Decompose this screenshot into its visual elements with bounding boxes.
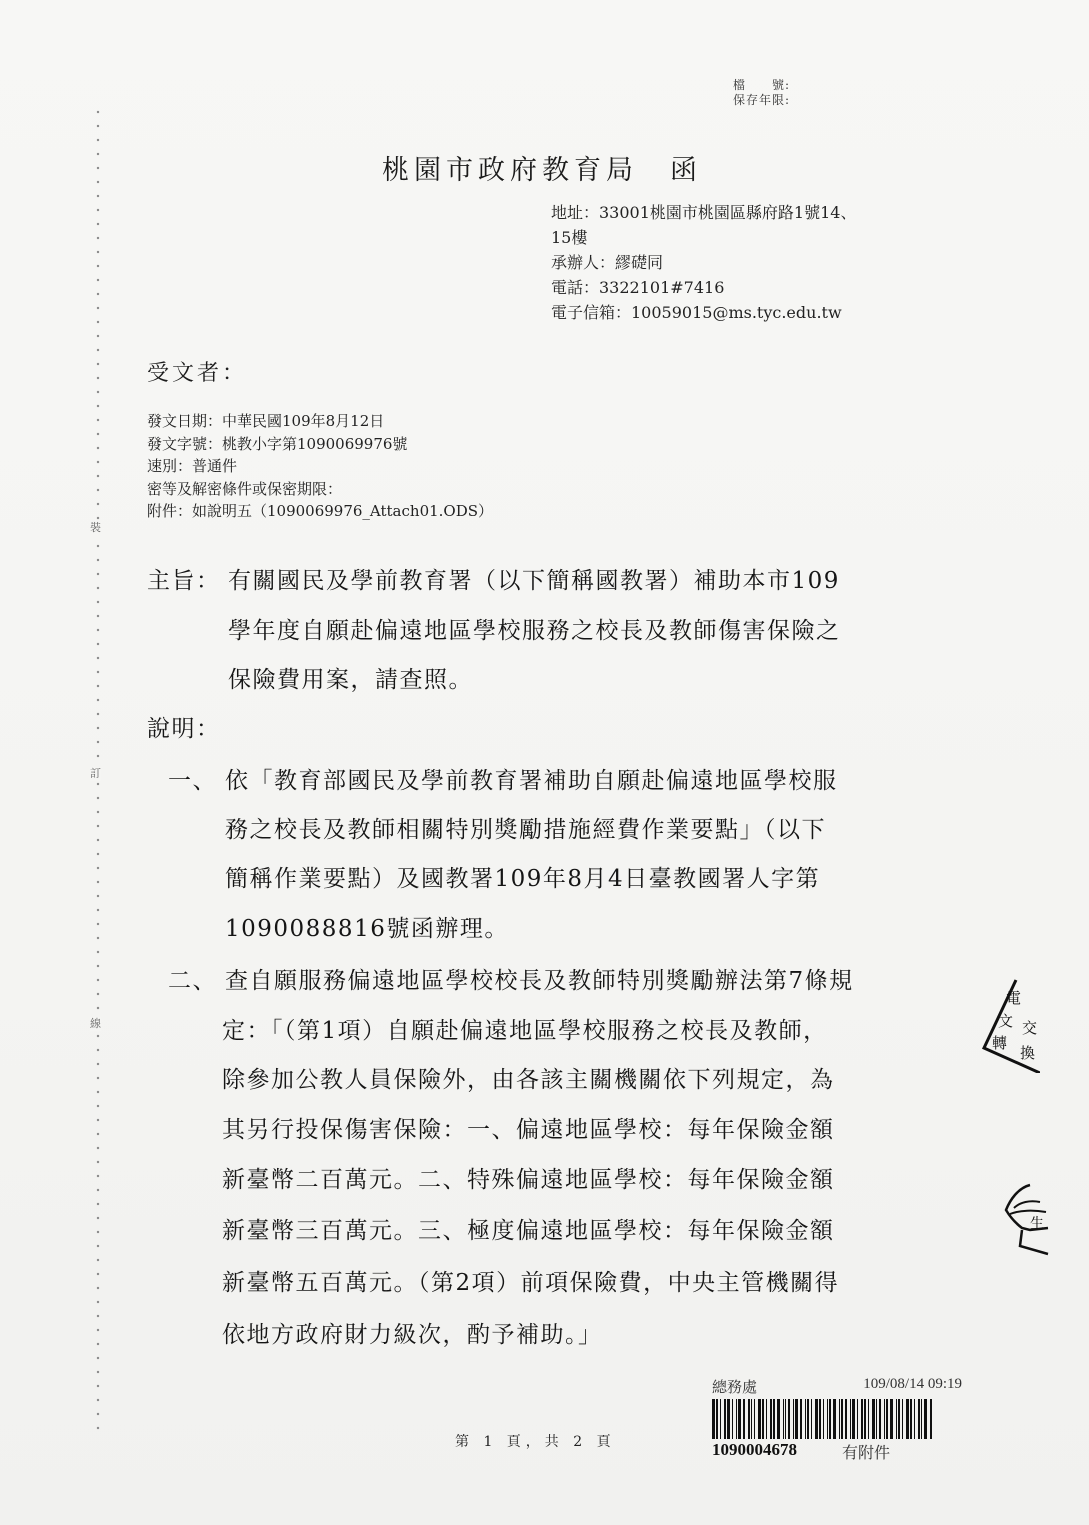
issue-number: 發文字號：桃教小字第1090069976號 — [147, 433, 493, 456]
explanation-item-1-line-3: 簡稱作業要點）及國教署109年8月4日臺教國署人字第 — [225, 860, 820, 893]
handler: 承辦人：繆礎同 — [551, 250, 856, 275]
barcode-icon — [712, 1399, 962, 1439]
svg-text:電: 電 — [1006, 989, 1021, 1007]
explanation-item-2-line-5: 新臺幣二百萬元。二、特殊偏遠地區學校：每年保險金額 — [222, 1161, 835, 1194]
svg-text:換: 換 — [1020, 1044, 1035, 1062]
subject-label: 主旨： — [147, 562, 221, 595]
address-line-1: 地址：33001桃園市桃園區縣府路1號14、 — [551, 200, 856, 225]
explanation-item-1-line-4: 1090088816號函辦理。 — [225, 910, 509, 943]
email: 電子信箱：10059015@ms.tyc.edu.tw — [551, 300, 856, 325]
classification: 密等及解密條件或保密期限： — [147, 478, 493, 501]
exchange-stamp-icon: 電 文 轉 交 換 — [978, 978, 1040, 1073]
seal-fragment-icon: 生 — [1000, 1180, 1050, 1260]
explanation-item-2-line-2: 定：「（第1項）自願赴偏遠地區學校服務之校長及教師， — [222, 1012, 828, 1045]
phone: 電話：3322101#7416 — [551, 275, 856, 300]
issue-date: 發文日期：中華民國109年8月12日 — [147, 410, 493, 433]
receipt-label: 總務處 109/08/14 09:19 1090004678 有附件 — [712, 1376, 962, 1463]
barcode-number: 1090004678 — [712, 1440, 797, 1463]
explanation-item-1-line-1: 依「教育部國民及學前教育署補助自願赴偏遠地區學校服 — [225, 762, 838, 795]
explanation-item-2-line-8: 依地方政府財力級次，酌予補助。」 — [222, 1316, 603, 1349]
file-number-label: 檔 號: — [733, 78, 790, 93]
svg-text:文: 文 — [998, 1012, 1013, 1030]
retention-period-label: 保存年限: — [733, 93, 790, 108]
explanation-item-2-line-7: 新臺幣五百萬元。（第2項）前項保險費，中央主管機關得 — [222, 1264, 839, 1297]
binding-mark-xian: 線 — [90, 1017, 101, 1031]
binding-mark-ding: 訂 — [90, 767, 101, 781]
attachment-flag: 有附件 — [842, 1440, 890, 1463]
document-title: 桃園市政府教育局 函 — [382, 148, 702, 187]
svg-text:交: 交 — [1022, 1019, 1037, 1037]
contact-block: 地址：33001桃園市桃園區縣府路1號14、 15樓 承辦人：繆礎同 電話：33… — [551, 200, 856, 325]
document-page: 裝 訂 線 檔 號: 保存年限: 桃園市政府教育局 函 地址：33001桃園市桃… — [0, 0, 1089, 1525]
explanation-item-2-line-1: 查自願服務偏遠地區學校校長及教師特別獎勵辦法第7條規 — [225, 962, 854, 995]
explanation-item-2-number: 二、 — [168, 962, 217, 995]
attachment: 附件：如說明五（1090069976_Attach01.ODS） — [147, 500, 493, 523]
explanation-item-1-number: 一、 — [168, 762, 217, 795]
delivery-type: 速別：普通件 — [147, 455, 493, 478]
explanation-item-2-line-3: 除參加公教人員保險外，由各該主關機關依下列規定，為 — [222, 1061, 835, 1094]
page-number: 第 1 頁，共 2 頁 — [455, 1431, 616, 1451]
binding-mark-zhuang: 裝 — [90, 521, 101, 535]
issue-meta: 發文日期：中華民國109年8月12日 發文字號：桃教小字第1090069976號… — [147, 410, 493, 523]
receiving-office: 總務處 — [712, 1376, 757, 1397]
file-meta: 檔 號: 保存年限: — [733, 78, 790, 108]
svg-text:轉: 轉 — [992, 1034, 1007, 1052]
received-datetime: 109/08/14 09:19 — [863, 1376, 962, 1397]
address-line-2: 15樓 — [551, 225, 856, 250]
explanation-item-1-line-2: 務之校長及教師相關特別獎勵措施經費作業要點」（以下 — [225, 811, 826, 844]
subject-line-1: 有關國民及學前教育署（以下簡稱國教署）補助本市109 — [228, 562, 840, 595]
subject-line-3: 保險費用案，請查照。 — [228, 661, 473, 694]
svg-text:生: 生 — [1030, 1215, 1044, 1232]
explanation-item-2-line-6: 新臺幣三百萬元。三、極度偏遠地區學校：每年保險金額 — [222, 1212, 835, 1245]
explanation-item-2-line-4: 其另行投保傷害保險：一、偏遠地區學校：每年保險金額 — [222, 1111, 835, 1144]
explanation-label: 說明： — [147, 710, 221, 743]
recipient-label: 受文者： — [147, 356, 247, 387]
subject-line-2: 學年度自願赴偏遠地區學校服務之校長及教師傷害保險之 — [228, 612, 841, 645]
